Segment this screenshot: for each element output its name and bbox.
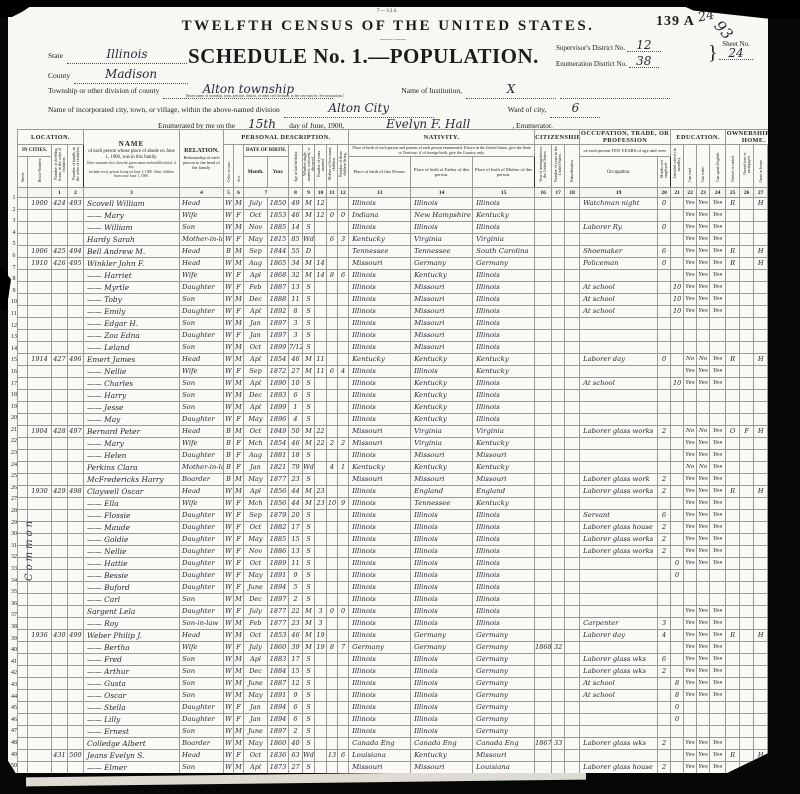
cell-fs [768, 618, 782, 630]
cell-im [535, 486, 552, 498]
cell-name: —— Gusta [84, 678, 180, 690]
table-row: —— ArthurSonWMDec188415SIllinoisIllinois… [18, 666, 782, 678]
cell-mc: 0 [327, 606, 338, 618]
column-number: 18 [565, 188, 580, 198]
personal-description-group-header: PERSONAL DESCRIPTION. [224, 130, 349, 145]
cell-cl [338, 726, 349, 738]
cell-by: 1897 [268, 330, 289, 342]
cell-rd: Yes [684, 486, 697, 498]
cell-pm: Canada Eng [473, 738, 535, 750]
cell-ow [726, 666, 740, 678]
cell-pb: Tennessee [349, 246, 411, 258]
printed-page-number: 139 A [656, 14, 695, 30]
line-number: 41 [782, 657, 788, 669]
cell-ow [726, 558, 740, 570]
cell-fam [68, 330, 84, 342]
farm-schedule-header: Number of farm schedule. [768, 145, 782, 188]
table-row: —— NellieWifeWFSep187227M1164IllinoisIll… [18, 366, 782, 378]
cell-im [535, 222, 552, 234]
mother-of-children-header: Mother of how many children. [327, 145, 338, 188]
cell-mc [327, 354, 338, 366]
cell-yu [552, 462, 565, 474]
cell-m: M [303, 210, 315, 222]
cell-cl [338, 654, 349, 666]
cell-age: 27 [289, 762, 303, 774]
occupation-group-header: OCCUPATION, TRADE, OR PROFESSION [580, 130, 671, 145]
table-row: —— GoldieDaughterWFMay188515SIllinoisIll… [18, 534, 782, 546]
cell-wr [697, 702, 710, 714]
cell-ym [315, 282, 327, 294]
cell-ow: O [726, 426, 740, 438]
table-row: Sargent LelaDaughterWFJuly187722M300Illi… [18, 606, 782, 618]
cell-mn [658, 462, 671, 474]
cell-by: 1844 [268, 246, 289, 258]
cell-dw [52, 498, 68, 510]
form-number: 7—324. [8, 9, 768, 14]
cell-ow [726, 738, 740, 750]
cell-oc [580, 342, 658, 354]
cell-c: W [224, 294, 234, 306]
cell-fs [768, 726, 782, 738]
cell-mn [658, 714, 671, 726]
table-wrap: Common LOCATIO [17, 129, 782, 794]
cell-fam [68, 282, 84, 294]
line-number: 10 [782, 297, 788, 309]
cell-ow [726, 498, 740, 510]
cell-m: S [303, 546, 315, 558]
cell-ow [726, 714, 740, 726]
cell-house: 1914 [28, 354, 52, 366]
cell-sc [671, 642, 684, 654]
cell-fam [68, 738, 84, 750]
cell-yu [552, 762, 565, 774]
cell-pb: Illinois [349, 546, 411, 558]
cell-fs [768, 546, 782, 558]
cell-pf: Missouri [411, 474, 473, 486]
cell-bm: Jan [244, 330, 268, 342]
cell-oc: Laborer glass works [580, 426, 658, 438]
cell-na [565, 294, 580, 306]
cell-ym [315, 654, 327, 666]
cell-dw: 431 [52, 750, 68, 762]
cell-by: 1856 [268, 486, 289, 498]
cell-mc [327, 330, 338, 342]
cell-pm: Missouri [473, 474, 535, 486]
cell-fs [768, 330, 782, 342]
cell-pm: Virginia [473, 234, 535, 246]
cell-fam [68, 714, 84, 726]
cell-fm [740, 606, 754, 618]
cell-rel: Daughter [180, 282, 224, 294]
cell-house [28, 702, 52, 714]
cell-age: 5 [289, 582, 303, 594]
table-row: 1930429498Claywell OscarHeadWMApl185644M… [18, 486, 782, 498]
cell-pb: Illinois [349, 582, 411, 594]
cell-na [565, 282, 580, 294]
cell-house [28, 270, 52, 282]
cell-c: W [224, 234, 234, 246]
cell-c: W [224, 642, 234, 654]
cell-fs [768, 498, 782, 510]
cell-pb: Illinois [349, 570, 411, 582]
cell-oc [580, 318, 658, 330]
cell-pf: Illinois [411, 690, 473, 702]
cell-street [18, 282, 28, 294]
cell-fh [754, 378, 768, 390]
cell-pb: Illinois [349, 630, 411, 642]
cell-im [535, 474, 552, 486]
cell-dw [52, 474, 68, 486]
cell-im [535, 510, 552, 522]
cell-mn: 2 [658, 666, 671, 678]
table-row: McFredericks HarryBoarderBMMay187723SMis… [18, 474, 782, 486]
cell-house [28, 654, 52, 666]
cell-pf: Missouri [411, 762, 473, 774]
dwelling-number-header: Number of dwelling house, in the order o… [52, 145, 68, 188]
cell-age: 17 [289, 522, 303, 534]
cell-by: 1879 [268, 510, 289, 522]
cell-fm [740, 258, 754, 270]
cell-by: 1888 [268, 294, 289, 306]
cell-ow [726, 210, 740, 222]
cell-cl [338, 678, 349, 690]
cell-street [18, 654, 28, 666]
cell-pb: Illinois [349, 654, 411, 666]
line-number: 3 [782, 216, 788, 228]
cell-street [18, 378, 28, 390]
column-number: 10 [315, 188, 327, 198]
cell-fm [740, 282, 754, 294]
table-row: —— MyrtleDaughterWFFeb188713SIllinoisMis… [18, 282, 782, 294]
cell-street [18, 330, 28, 342]
cell-s: M [234, 318, 244, 330]
cell-pb: Illinois [349, 498, 411, 510]
cell-street [18, 606, 28, 618]
cell-street [18, 714, 28, 726]
cell-rel: Son [180, 222, 224, 234]
cell-rel: Mother-in-law [180, 234, 224, 246]
cell-sc [671, 426, 684, 438]
cell-house [28, 762, 52, 774]
cell-im [535, 258, 552, 270]
cell-im [535, 462, 552, 474]
cell-yu [552, 630, 565, 642]
cell-yu [552, 318, 565, 330]
cell-ow [726, 606, 740, 618]
cell-name: —— Oscar [84, 690, 180, 702]
cell-na [565, 690, 580, 702]
cell-rd: Yes [684, 294, 697, 306]
cell-oc [580, 366, 658, 378]
cell-by: 1891 [268, 690, 289, 702]
cell-mc [327, 570, 338, 582]
cell-s: M [234, 402, 244, 414]
cell-dw [52, 342, 68, 354]
cell-rd: Yes [684, 378, 697, 390]
cell-s: F [234, 570, 244, 582]
column-number: 25 [726, 188, 740, 198]
cell-m: M [303, 438, 315, 450]
cell-bm: May [244, 738, 268, 750]
cell-name: Winkler John F. [84, 258, 180, 270]
cell-yu [552, 402, 565, 414]
cell-im [535, 234, 552, 246]
cell-cl [338, 690, 349, 702]
table-row: —— JesseSonWMApl18991SIllinoisKentuckyIl… [18, 402, 782, 414]
cell-rd [684, 714, 697, 726]
cell-sc [671, 450, 684, 462]
cell-bm: May [244, 234, 268, 246]
cell-en [710, 390, 726, 402]
state-label: State [48, 51, 63, 60]
cell-en: Yes [710, 426, 726, 438]
cell-fh [754, 726, 768, 738]
line-number: 34 [782, 576, 788, 588]
cell-mn: 2 [658, 546, 671, 558]
cell-yu [552, 282, 565, 294]
cell-fs [768, 282, 782, 294]
cell-dw [52, 234, 68, 246]
cell-rel: Son [180, 594, 224, 606]
cell-pb: Illinois [349, 606, 411, 618]
column-number: 21 [671, 188, 684, 198]
cell-m: S [303, 570, 315, 582]
cell-en: Yes [710, 510, 726, 522]
cell-en [710, 318, 726, 330]
cell-fh [754, 714, 768, 726]
cell-fam [68, 438, 84, 450]
cell-age: 2 [289, 726, 303, 738]
cell-sc: 10 [671, 786, 684, 794]
cell-street [18, 750, 28, 762]
sex-header: Sex. [234, 145, 244, 188]
cell-house [28, 594, 52, 606]
cell-by: 1897 [268, 318, 289, 330]
cell-dw [52, 786, 68, 794]
cell-ow: R [726, 750, 740, 762]
cell-pf: Illinois [411, 546, 473, 558]
cell-pf: Kentucky [411, 414, 473, 426]
cell-ym [315, 738, 327, 750]
cell-na [565, 462, 580, 474]
cell-wr: Yes [697, 198, 710, 210]
cell-dw [52, 450, 68, 462]
cell-name: —— Myrtle [84, 786, 180, 794]
cell-by: 1884 [268, 666, 289, 678]
cell-rd: Yes [684, 306, 697, 318]
cell-c: B [224, 450, 234, 462]
cell-mn [658, 282, 671, 294]
cell-sc [671, 198, 684, 210]
cell-pm: Virginia [473, 426, 535, 438]
cell-oc: At school [580, 306, 658, 318]
cell-en: Yes [710, 762, 726, 774]
cell-oc: At school [580, 786, 658, 794]
house-number-header: House Number. [28, 157, 52, 188]
cell-fh [754, 522, 768, 534]
cell-en: Yes [710, 450, 726, 462]
cell-pm: Kentucky [473, 354, 535, 366]
cell-sc [671, 774, 684, 786]
cell-fh [754, 510, 768, 522]
cell-fm [740, 474, 754, 486]
cell-rel: Wife [180, 498, 224, 510]
cell-cl [338, 630, 349, 642]
cell-wr [697, 318, 710, 330]
brace-glyph: } [708, 42, 718, 65]
cell-age: 6 [289, 390, 303, 402]
cell-fm [740, 690, 754, 702]
cell-m: M [303, 642, 315, 654]
cell-im [535, 654, 552, 666]
cell-fam [68, 306, 84, 318]
cell-age: 79 [289, 462, 303, 474]
table-row: —— MaudeDaughterWFOct188217SIllinoisIlli… [18, 522, 782, 534]
cell-s: F [234, 414, 244, 426]
cell-ym: 11 [315, 354, 327, 366]
cell-dw [52, 678, 68, 690]
cell-c: W [224, 330, 234, 342]
cell-oc [580, 402, 658, 414]
cell-fm: F [740, 426, 754, 438]
cell-yu [552, 222, 565, 234]
cell-dw [52, 534, 68, 546]
cell-street [18, 594, 28, 606]
cell-by: 1860 [268, 738, 289, 750]
cell-fh [754, 702, 768, 714]
cell-oc: At school [580, 678, 658, 690]
cell-mc [327, 618, 338, 630]
cell-mc [327, 762, 338, 774]
cell-dw [52, 414, 68, 426]
cell-c: W [224, 402, 234, 414]
cell-age: 44 [289, 498, 303, 510]
cell-wr: Yes [697, 606, 710, 618]
cell-im [535, 534, 552, 546]
column-number: 2 [68, 188, 84, 198]
cell-c: W [224, 210, 234, 222]
table-row: —— MaryWifeBFMch185446M2222MissouriVirgi… [18, 438, 782, 450]
county-value: Madison [105, 67, 157, 81]
cell-by: 1882 [268, 522, 289, 534]
cell-sc [671, 618, 684, 630]
cell-rel: Son [180, 402, 224, 414]
cell-rel: Daughter [180, 558, 224, 570]
cell-dw [52, 210, 68, 222]
cell-dw [52, 702, 68, 714]
in-cities-header: IN CITIES. [18, 145, 52, 157]
table-row: —— HarrietWifeWFApl186832M1486IllinoisKe… [18, 270, 782, 282]
column-number: 14 [411, 188, 473, 198]
cell-s: F [234, 582, 244, 594]
cell-cl [338, 354, 349, 366]
cell-s: M [234, 246, 244, 258]
table-row: —— LillyDaughterWFJan18946SIllinoisIllin… [18, 714, 782, 726]
cell-ow [726, 762, 740, 774]
cell-name: —— Charles [84, 378, 180, 390]
cell-s: F [234, 606, 244, 618]
cell-im [535, 726, 552, 738]
cell-pm: South Carolina [473, 246, 535, 258]
cell-ym [315, 522, 327, 534]
line-number: 13 [782, 332, 788, 344]
cell-im [535, 354, 552, 366]
sheet-header: 7—324. TWELFTH CENSUS OF THE UNITED STAT… [8, 7, 768, 129]
cell-mc [327, 450, 338, 462]
cell-na [565, 750, 580, 762]
cell-fh [754, 210, 768, 222]
cell-im [535, 594, 552, 606]
cell-fam [68, 522, 84, 534]
cell-street [18, 210, 28, 222]
cell-age: 8 [289, 306, 303, 318]
cell-sc [671, 498, 684, 510]
cell-sc [671, 534, 684, 546]
cell-fh: H [754, 750, 768, 762]
cell-rd: Yes [684, 510, 697, 522]
cell-mn [658, 726, 671, 738]
cell-ow [726, 582, 740, 594]
column-number: 9 [303, 188, 315, 198]
cell-ow [726, 402, 740, 414]
cell-bm: Dec [244, 594, 268, 606]
cell-bm: Oct [244, 210, 268, 222]
cell-name: Claywell Oscar [84, 486, 180, 498]
cell-ow [726, 522, 740, 534]
cell-fm [740, 306, 754, 318]
cell-fam [68, 294, 84, 306]
cell-dw [52, 306, 68, 318]
cell-pf: Illinois [411, 558, 473, 570]
cell-yu [552, 534, 565, 546]
cell-street [18, 678, 28, 690]
cell-rel: Son [180, 666, 224, 678]
cell-dw [52, 378, 68, 390]
cell-pb: Illinois [349, 330, 411, 342]
cell-oc [580, 642, 658, 654]
cell-fh [754, 342, 768, 354]
cell-age: 39 [289, 642, 303, 654]
cell-fam: 500 [68, 750, 84, 762]
cell-ow [726, 534, 740, 546]
column-number: 27 [754, 188, 768, 198]
cell-sc [671, 234, 684, 246]
cell-fs [768, 738, 782, 750]
cell-by: 1899 [268, 402, 289, 414]
cell-na [565, 474, 580, 486]
cell-name: —— Elmer [84, 762, 180, 774]
cell-age: 46 [289, 630, 303, 642]
cell-pm: England [473, 486, 535, 498]
cell-oc [580, 330, 658, 342]
cell-pb: Illinois [349, 294, 411, 306]
cell-cl: 7 [338, 642, 349, 654]
cell-yu [552, 678, 565, 690]
column-number: 23 [697, 188, 710, 198]
cell-mn [658, 690, 671, 702]
cell-c: W [224, 378, 234, 390]
cell-c: W [224, 702, 234, 714]
cell-pm: Illinois [473, 510, 535, 522]
line-number: 46 [782, 715, 788, 727]
cell-sc: 8 [671, 678, 684, 690]
cell-na [565, 762, 580, 774]
cell-na [565, 594, 580, 606]
cell-fs [768, 606, 782, 618]
cell-fh: H [754, 354, 768, 366]
cell-m: S [303, 402, 315, 414]
cell-sc [671, 486, 684, 498]
